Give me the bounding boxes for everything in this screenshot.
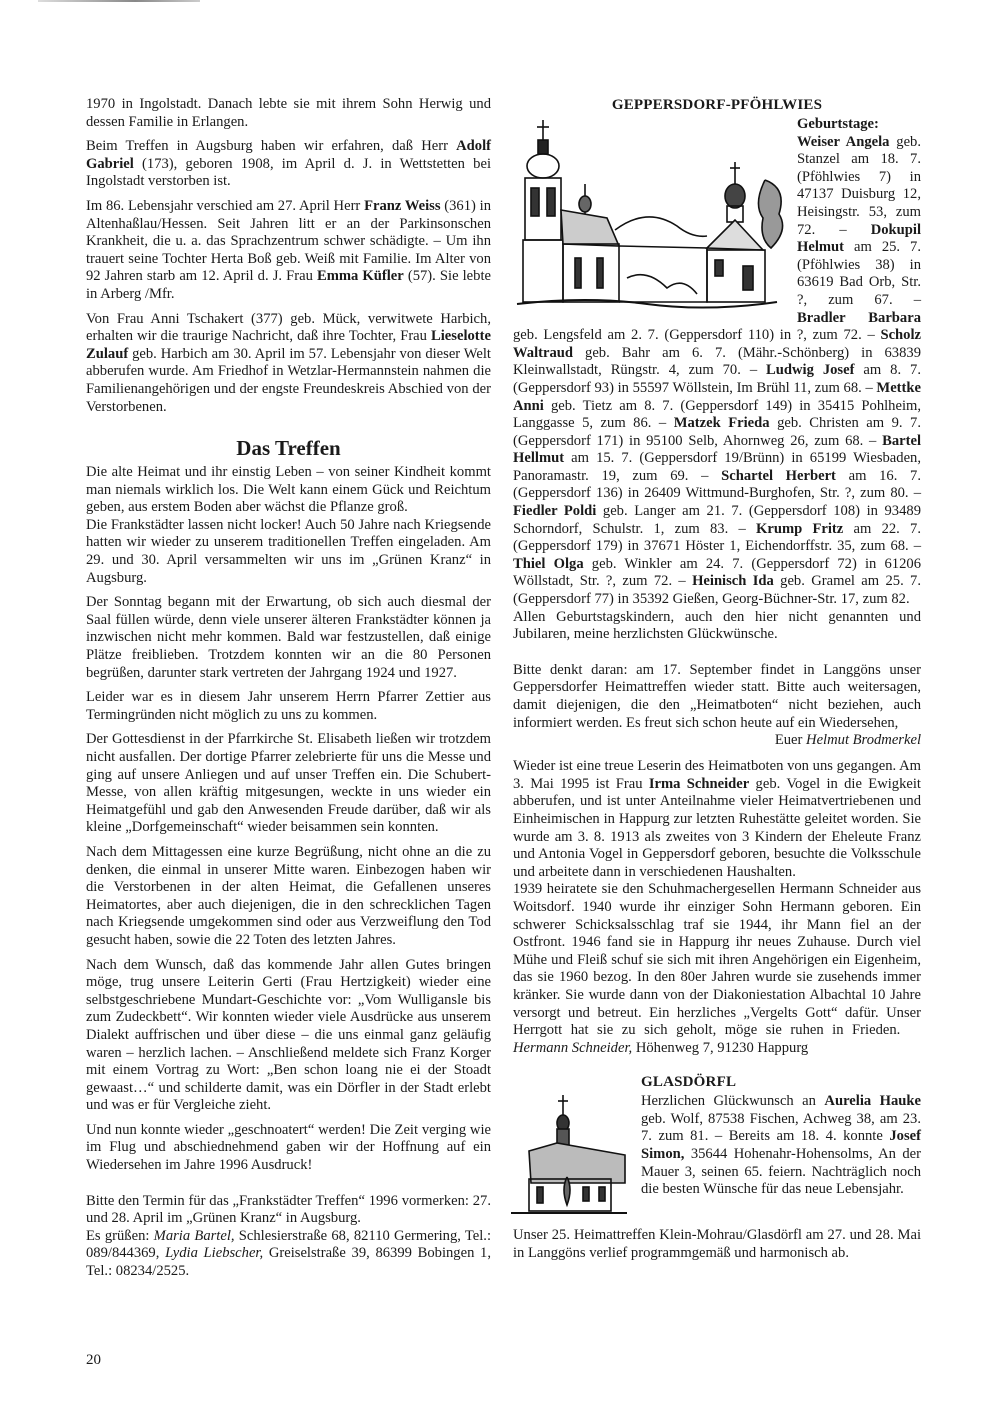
text: geb. Harbich am 30. April im 57. Lebensj… — [86, 346, 491, 415]
text: Höhenweg 7, 91230 Happurg — [632, 1040, 808, 1056]
text: Im 86. Lebensjahr verschied am 27. April… — [86, 198, 364, 214]
paragraph: 1970 in Ingolstadt. Danach lebte sie mit… — [86, 96, 491, 131]
birthday-entry: Bradler Barbara geb. Lengsfeld am 2. 7. … — [513, 310, 921, 344]
person-name: Emma Küfler — [317, 268, 404, 284]
person-name: Schartel Herbert — [721, 468, 836, 484]
obituary-zulauf: Von Frau Anni Tschakert (377) geb. Mück,… — [86, 311, 491, 417]
paragraph: Die alte Heimat und ihr einstig Leben – … — [86, 464, 491, 517]
person-name: Thiel Olga — [513, 556, 584, 572]
person-name: Matzek Frieda — [674, 415, 770, 431]
text: geb. Lengsfeld am 2. 7. (Geppersdorf 110… — [513, 327, 880, 343]
text: Herzlichen Glückwunsch an — [641, 1093, 824, 1109]
right-column: GEPPERSDORF-PFÖHLWIES — [513, 96, 921, 1269]
section-title-glasdoerfl: GLASDÖRFL — [513, 1073, 921, 1091]
text: geb. Wolf, 87538 Fischen, Achweg 38, am … — [641, 1111, 921, 1145]
obituary-schneider: Wieder ist eine treue Leserin des Heimat… — [513, 750, 921, 881]
person-name: Maria Bartel, — [154, 1228, 235, 1244]
text: Euer — [775, 732, 806, 748]
obituary-weiss: Im 86. Lebensjahr verschied am 27. April… — [86, 198, 491, 304]
person-name: Aurelia Hauke — [824, 1093, 921, 1109]
paragraph: Und nun konnte wieder „geschnoatert“ wer… — [86, 1122, 491, 1175]
paragraph: Bitte den Termin für das „Frankstädter T… — [86, 1193, 491, 1228]
person-name: Ludwig Josef — [766, 362, 854, 378]
glasdoerfl-meeting: Unser 25. Heimattreffen Klein-Mohrau/Gla… — [513, 1219, 921, 1262]
person-name: Heinisch Ida — [692, 573, 774, 589]
greetings: Es grüßen: Maria Bartel, Schlesierstraße… — [86, 1228, 491, 1281]
paragraph: Nach dem Wunsch, daß das kommende Jahr a… — [86, 957, 491, 1115]
birthday-wishes: Allen Geburtstagskindern, auch den hier … — [513, 609, 921, 644]
paragraph: Die Frankstädter lassen nicht locker! Au… — [86, 517, 491, 587]
obituary-gabriel: Beim Treffen in Augsburg haben wir erfah… — [86, 138, 491, 191]
glasdoerfl-section: GLASDÖRFL Herzlichen Glückwunsch an Aure… — [513, 1073, 921, 1262]
left-column: 1970 in Ingolstadt. Danach lebte sie mit… — [86, 96, 491, 1288]
paragraph: Nach dem Mittagessen eine kurze Begrüßun… — [86, 844, 491, 950]
person-name: Krump Fritz — [756, 521, 843, 537]
paragraph: Leider war es in diesem Jahr unserem Her… — [86, 689, 491, 724]
person-name: Bradler Barbara — [797, 310, 921, 326]
text: Bitte denkt daran: am 17. September find… — [513, 662, 921, 731]
obituary-schneider-cont: 1939 heiratete sie den Schuhmachergesell… — [513, 881, 921, 1057]
paragraph: Der Sonntag begann mit der Erwartung, ob… — [86, 594, 491, 682]
person-name: Irma Schneider — [649, 776, 749, 792]
church-icon — [507, 118, 787, 310]
chapel-illustration — [507, 1093, 631, 1217]
text: 1939 heiratete sie den Schuhmachergesell… — [513, 881, 921, 1038]
text: Es grüßen: — [86, 1228, 154, 1244]
person-name: Hermann Schneider, — [513, 1040, 632, 1056]
signoff: Euer Helmut Brodmerkel — [775, 732, 921, 750]
text: Beim Treffen in Augsburg haben wir erfah… — [86, 138, 456, 154]
section-title: Das Treffen — [86, 436, 491, 460]
page-number: 20 — [86, 1352, 101, 1369]
person-name: Helmut Brodmerkel — [806, 732, 921, 748]
person-name: Fiedler Poldi — [513, 503, 596, 519]
scan-edge-line — [38, 0, 200, 2]
person-name: Lydia Liebscher, — [165, 1245, 263, 1261]
person-name: Franz Weiss — [364, 198, 440, 214]
text: (173), geboren 1908, im April d. J. in W… — [86, 156, 491, 190]
chapel-icon — [507, 1093, 631, 1217]
meeting-reminder: Bitte denkt daran: am 17. September find… — [513, 662, 921, 732]
person-name: Weiser Angela — [797, 134, 889, 150]
section-title-geppersdorf: GEPPERSDORF-PFÖHLWIES — [513, 96, 921, 114]
church-illustration — [507, 118, 787, 310]
paragraph: Der Gottesdienst in der Pfarrkirche St. … — [86, 731, 491, 837]
